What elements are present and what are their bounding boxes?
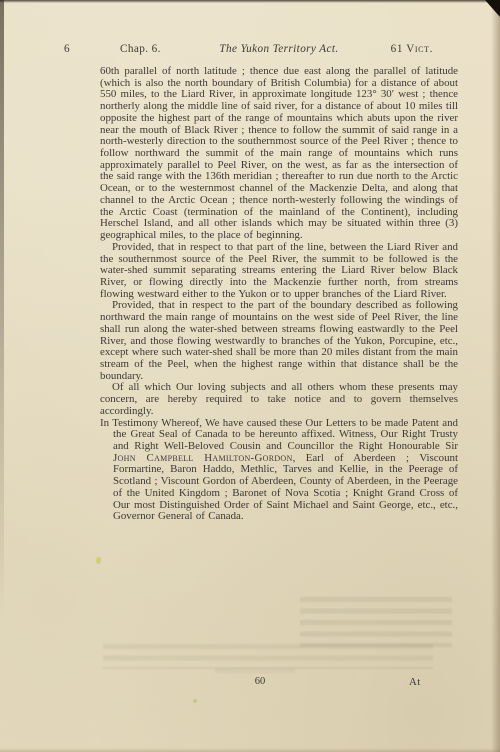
- testimonium-text-before-name: In Testimony Whereof, We have caused the…: [100, 417, 458, 452]
- paragraph-proviso-liard-peel: Provided, that in respect to that part o…: [100, 242, 458, 301]
- scan-corner-artifact: [485, 0, 500, 17]
- governor-general-name: John Campbell Hamilton-Gordon: [113, 452, 293, 464]
- bleedthrough-text-artifact: [103, 644, 433, 669]
- scan-edge-top: [0, 0, 500, 3]
- scan-edge-left: [0, 0, 4, 752]
- paper-speck-artifact: [193, 699, 197, 703]
- page-curl-shadow: [491, 0, 500, 752]
- footer-catchword: At: [409, 676, 421, 688]
- scanned-book-page: 6 Chap. 6. The Yukon Territory Act. 61 V…: [0, 0, 500, 752]
- paragraph-boundary-description: 60th parallel of north latitude ; thence…: [100, 66, 458, 242]
- scan-edge-bottom: [0, 748, 500, 752]
- footer-page-number: 60: [100, 676, 420, 687]
- header-folio-number: 6: [64, 43, 70, 55]
- paragraph-notice-clause: Of all which Our loving subjects and all…: [100, 382, 458, 417]
- header-regnal-year: 61 Vict.: [391, 43, 433, 55]
- testimonium-clause: In Testimony Whereof, We have caused the…: [100, 418, 458, 523]
- body-text-block: 60th parallel of north latitude ; thence…: [100, 66, 458, 523]
- running-header: 6 Chap. 6. The Yukon Territory Act. 61 V…: [0, 43, 500, 57]
- paper-speck-artifact: [96, 557, 101, 564]
- paragraph-proviso-watershed: Provided, that in respect to the part of…: [100, 300, 458, 382]
- bleedthrough-text-artifact: [300, 597, 452, 647]
